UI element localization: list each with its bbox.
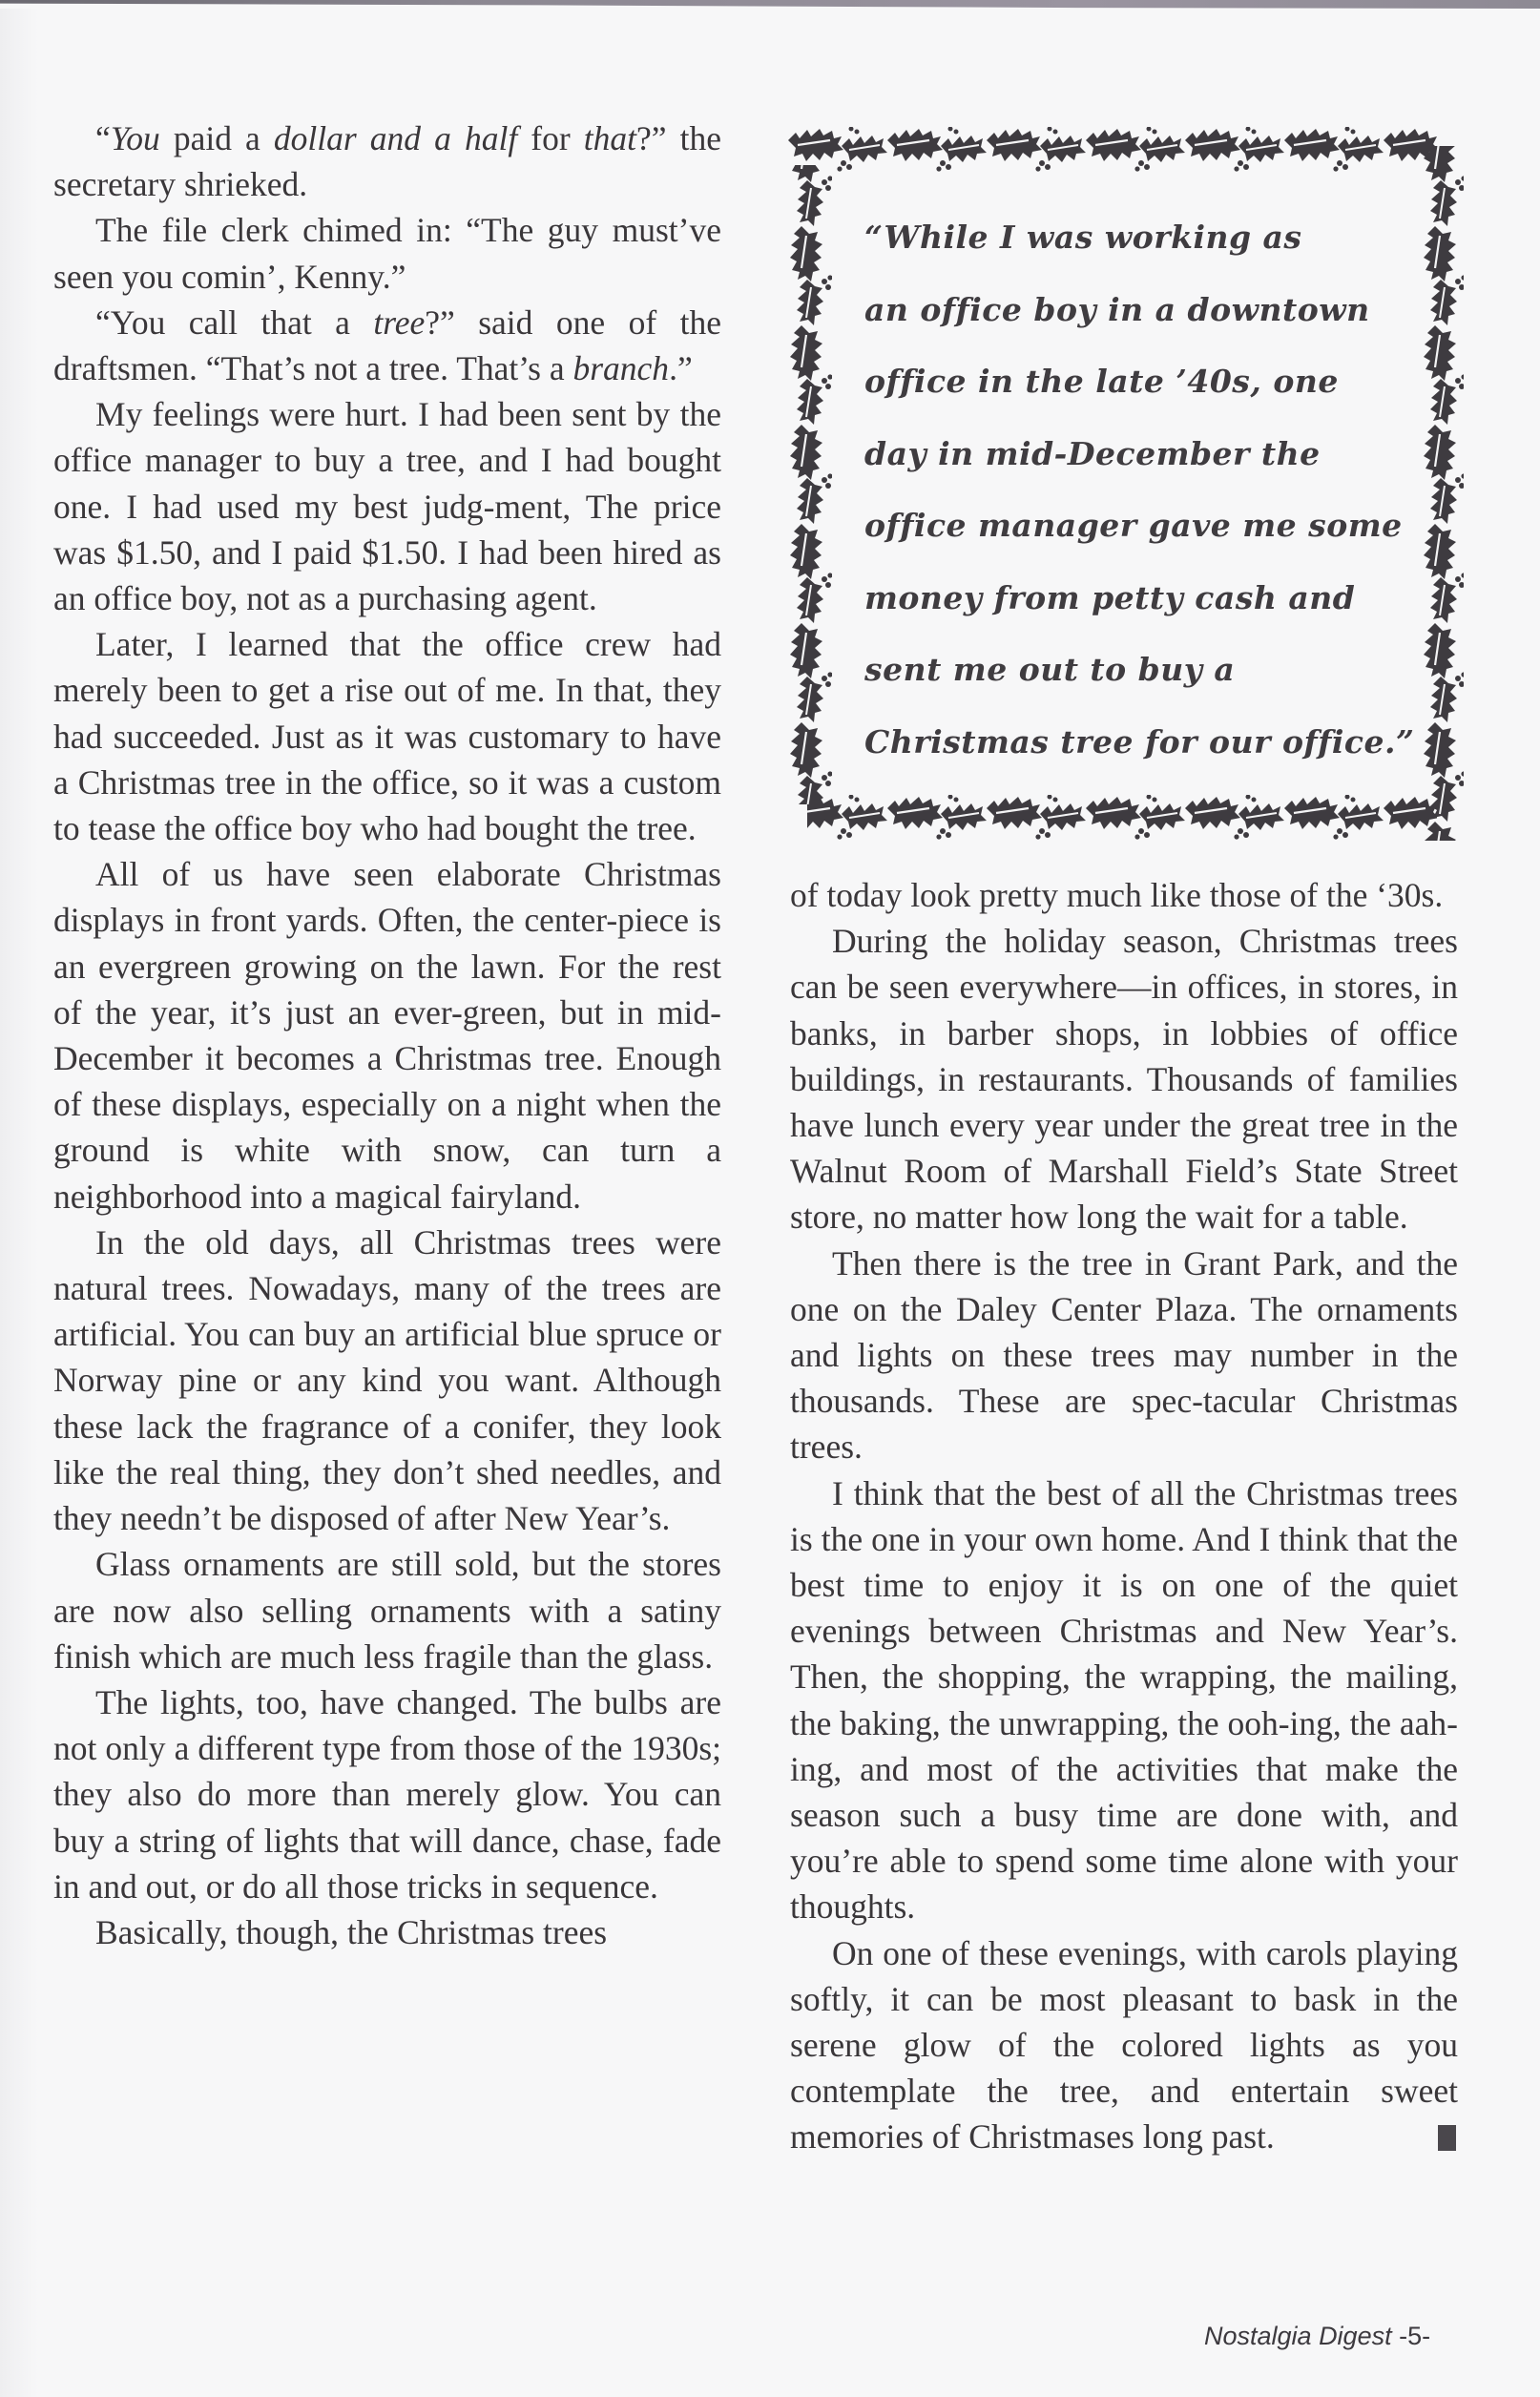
page-left-shadow xyxy=(0,9,38,2397)
pull-quote-box: “While I was working as an office boy in… xyxy=(788,127,1464,841)
text-run: Basically, though, the Christmas trees xyxy=(95,1913,607,1951)
body-paragraph: Glass ornaments are still sold, but the … xyxy=(53,1541,721,1679)
text-run: .” xyxy=(669,349,693,387)
body-paragraph: “You paid a dollar and a half for that?”… xyxy=(53,115,721,207)
text-run: Glass ornaments are still sold, but the … xyxy=(53,1545,721,1675)
pull-quote-line: “While I was working as xyxy=(864,201,1437,274)
body-paragraph: Later, I learned that the office crew ha… xyxy=(53,621,721,851)
pull-quote-line: office in the late ’40s, one xyxy=(864,345,1437,418)
text-run: In the old days, all Christmas trees wer… xyxy=(53,1223,721,1537)
body-paragraph: The file clerk chimed in: “The guy must’… xyxy=(53,207,721,299)
page-footer: Nostalgia Digest -5- xyxy=(1204,2322,1430,2351)
italic-text: tree xyxy=(373,303,425,342)
page-top-edge xyxy=(0,0,1540,9)
pull-quote-line: an office boy in a downtown xyxy=(864,274,1437,346)
text-run: Later, I learned that the office crew ha… xyxy=(53,625,721,847)
body-paragraph: I think that the best of all the Christm… xyxy=(790,1470,1458,1930)
text-run: On one of these evenings, with carols pl… xyxy=(790,1934,1458,2157)
text-run: of today look pretty much like those of … xyxy=(790,876,1443,914)
pull-quote-text: “While I was working as an office boy in… xyxy=(864,201,1437,778)
body-paragraph: All of us have seen elaborate Christmas … xyxy=(53,851,721,1219)
italic-text: that xyxy=(584,119,636,157)
text-run: “ xyxy=(95,119,111,157)
body-paragraph: Then there is the tree in Grant Park, an… xyxy=(790,1240,1458,1470)
body-paragraph: “You call that a tree?” said one of the … xyxy=(53,300,721,391)
body-paragraph: In the old days, all Christmas trees wer… xyxy=(53,1219,721,1541)
body-paragraph: My feelings were hurt. I had been sent b… xyxy=(53,391,721,621)
text-run: Then there is the tree in Grant Park, an… xyxy=(790,1244,1458,1467)
page-number: -5- xyxy=(1399,2322,1430,2350)
text-run: The file clerk chimed in: “The guy must’… xyxy=(53,211,721,295)
body-paragraph: Basically, though, the Christmas trees xyxy=(53,1909,721,1955)
text-run: The lights, too, have changed. The bulbs… xyxy=(53,1683,721,1906)
pull-quote-line: money from petty cash and xyxy=(864,562,1437,635)
italic-text: branch xyxy=(572,349,669,387)
text-run: for xyxy=(517,119,584,157)
text-run: paid a xyxy=(160,119,274,157)
pull-quote-line: Christmas tree for our office.” xyxy=(864,706,1437,779)
pull-quote-line: sent me out to buy a xyxy=(864,634,1437,706)
body-paragraph: The lights, too, have changed. The bulbs… xyxy=(53,1679,721,1909)
body-paragraph: During the holiday season, Christmas tre… xyxy=(790,918,1458,1240)
publication-name: Nostalgia Digest xyxy=(1204,2322,1392,2350)
body-paragraph: On one of these evenings, with carols pl… xyxy=(790,1930,1458,2160)
body-paragraph: of today look pretty much like those of … xyxy=(790,872,1458,918)
pull-quote-line: day in mid-December the xyxy=(864,418,1437,490)
text-run: “You call that a xyxy=(95,303,373,342)
text-run: All of us have seen elaborate Christmas … xyxy=(53,855,721,1215)
text-run: During the holiday season, Christmas tre… xyxy=(790,922,1458,1236)
pull-quote-line: office manager gave me some xyxy=(864,490,1437,562)
text-run: I think that the best of all the Christm… xyxy=(790,1474,1458,1927)
right-text-column: of today look pretty much like those of … xyxy=(790,872,1458,2160)
end-of-article-square-icon xyxy=(1438,2125,1456,2151)
italic-text: dollar and a half xyxy=(274,119,517,157)
text-run: My feelings were hurt. I had been sent b… xyxy=(53,395,721,617)
left-text-column: “You paid a dollar and a half for that?”… xyxy=(53,115,721,1955)
italic-text: You xyxy=(111,119,160,157)
